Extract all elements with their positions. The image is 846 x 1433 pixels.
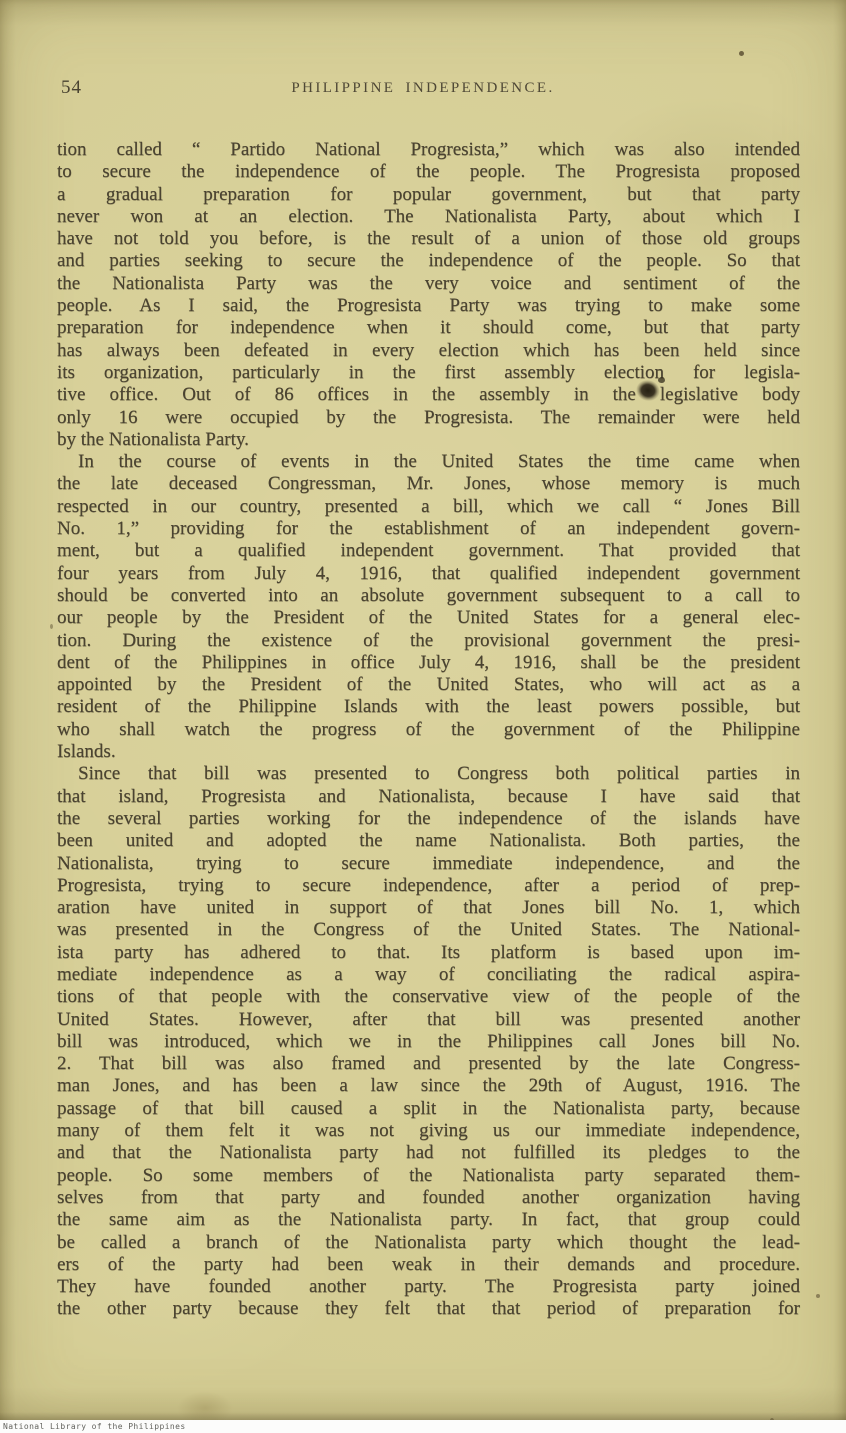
text-line: Progresista, trying to secure independen…	[57, 875, 800, 897]
running-title: PHILIPPINE INDEPENDENCE.	[0, 80, 846, 97]
text-line: selves from that party and founded anoth…	[57, 1187, 800, 1209]
text-line: was presented in the Congress of the Uni…	[57, 919, 800, 941]
text-line: be called a branch of the Nationalista p…	[57, 1232, 800, 1254]
text-line: ista party has adhered to that. Its plat…	[57, 942, 800, 964]
text-line: only 16 were occupied by the Progresista…	[57, 407, 800, 429]
text-line: the other party because they felt that t…	[57, 1298, 800, 1320]
paragraph: tion called “ Partido National Progresis…	[57, 139, 800, 451]
text-line: and parties seeking to secure the indepe…	[57, 250, 800, 272]
text-line: respected in our country, presented a bi…	[57, 496, 800, 518]
text-line: Since that bill was presented to Congres…	[57, 763, 800, 785]
text-line: resident of the Philippine Islands with …	[57, 696, 800, 718]
text-line: appointed by the President of the United…	[57, 674, 800, 696]
text-line: They have founded another party. The Pro…	[57, 1276, 800, 1298]
text-line: tive office. Out of 86 offices in the as…	[57, 384, 800, 406]
text-line: 2. That bill was also framed and present…	[57, 1053, 800, 1075]
text-line: tions of that people with the conservati…	[57, 986, 800, 1008]
paper-speck	[816, 1294, 820, 1298]
text-line: man Jones, and has been a law since the …	[57, 1075, 800, 1097]
text-line: four years from July 4, 1916, that quali…	[57, 563, 800, 585]
paragraph: In the course of events in the United St…	[57, 451, 800, 763]
text-line: tion called “ Partido National Progresis…	[57, 139, 800, 161]
ink-blot-speck	[658, 377, 665, 383]
text-line: the late deceased Congressman, Mr. Jones…	[57, 473, 800, 495]
text-line: No. 1,” providing for the establishment …	[57, 518, 800, 540]
page-edge-shadow	[0, 1412, 846, 1420]
text-line: bill was introduced, which we in the Phi…	[57, 1031, 800, 1053]
text-line: should be converted into an absolute gov…	[57, 585, 800, 607]
scanned-book-page: 54 PHILIPPINE INDEPENDENCE. tion called …	[0, 0, 846, 1433]
text-line: have not told you before, is the result …	[57, 228, 800, 250]
paper-speck	[50, 624, 53, 629]
text-line: a gradual preparation for popular govern…	[57, 184, 800, 206]
text-line: ment, but a qualified independent govern…	[57, 540, 800, 562]
text-line: Islands.	[57, 741, 800, 763]
text-line: our people by the President of the Unite…	[57, 607, 800, 629]
text-line: United States. However, after that bill …	[57, 1009, 800, 1031]
text-line: In the course of events in the United St…	[57, 451, 800, 473]
text-line: who shall watch the progress of the gove…	[57, 719, 800, 741]
text-line: many of them felt it was not giving us o…	[57, 1120, 800, 1142]
text-line: has always been defeated in every electi…	[57, 340, 800, 362]
text-line: that island, Progresista and Nationalist…	[57, 786, 800, 808]
text-line: and that the Nationalista party had not …	[57, 1142, 800, 1164]
text-line: the Nationalista Party was the very voic…	[57, 273, 800, 295]
scan-footer-bar: National Library of the Philippines	[0, 1420, 846, 1433]
text-line: Nationalista, trying to secure immediate…	[57, 853, 800, 875]
text-line: by the Nationalista Party.	[57, 429, 800, 451]
text-line: the same aim as the Nationalista party. …	[57, 1209, 800, 1231]
text-line: preparation for independence when it sho…	[57, 317, 800, 339]
paragraph: Since that bill was presented to Congres…	[57, 763, 800, 1320]
text-line: been united and adopted the name Nationa…	[57, 830, 800, 852]
text-line: to secure the independence of the people…	[57, 161, 800, 183]
library-watermark: National Library of the Philippines	[3, 1422, 186, 1431]
text-line: the several parties working for the inde…	[57, 808, 800, 830]
text-line: mediate independence as a way of concili…	[57, 964, 800, 986]
text-line: tion. During the existence of the provis…	[57, 630, 800, 652]
text-line: dent of the Philippines in office July 4…	[57, 652, 800, 674]
text-line: people. So some members of the Nationali…	[57, 1165, 800, 1187]
paper-speck	[739, 51, 744, 56]
text-line: ers of the party had been weak in their …	[57, 1254, 800, 1276]
page-body: tion called “ Partido National Progresis…	[57, 139, 800, 1321]
text-line: its organization, particularly in the fi…	[57, 362, 800, 384]
text-line: aration have united in support of that J…	[57, 897, 800, 919]
text-line: never won at an election. The Nationalis…	[57, 206, 800, 228]
text-line: passage of that bill caused a split in t…	[57, 1098, 800, 1120]
page-header: 54 PHILIPPINE INDEPENDENCE.	[0, 77, 846, 103]
text-line: people. As I said, the Progresista Party…	[57, 295, 800, 317]
